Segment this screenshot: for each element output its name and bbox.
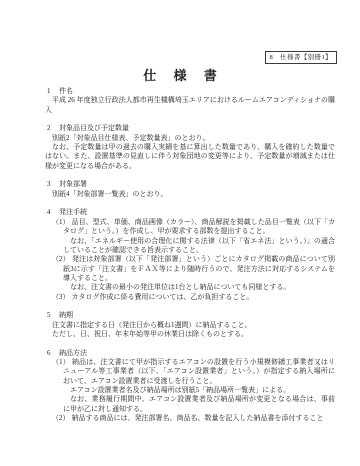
section-heading: 4発注手続 (45, 208, 335, 217)
item-text: カタログ作成に係る費用については、乙が負担すること。 (72, 293, 254, 301)
item-text: 納品する商品には、発注部署名、商品名、数量を記入した納品書を添付すること (72, 414, 324, 422)
paragraph: 別紙4「対象部署一覧表」のとおり。 (45, 190, 335, 199)
paragraph: なお、予定数量は甲の過去の購入実績を基に算出した数量であり、購入を確約した数量で… (45, 143, 335, 171)
section-title: 対象品目及び予定数量 (59, 124, 129, 132)
section-number: 2 (45, 124, 59, 133)
section-subject: 1件名 平成 26 年度独立行政法人都市再生機構埼玉エリアにおけるルームエアコン… (45, 87, 335, 115)
list-item: （2）発注は対象部署（以下「発注部署」という）ごとにカタログ掲載の商品について別… (45, 255, 335, 283)
item-note: なお、業務履行期間中、エアコン設置業者及び納品場所が変更となる場合は、事前に甲が… (45, 395, 335, 414)
paragraph: 平成 26 年度独立行政法人都市再生機構埼玉エリアにおけるルームエアコンディショ… (45, 96, 335, 115)
item-note: エアコン設置業者名及び納品場所は別紙5「納品場所一覧表」による。 (45, 386, 335, 395)
section-order-procedure: 4発注手続 （1）品目、型式、単価、商品画像（カラー）、商品解説を掲載した品目一… (45, 208, 335, 301)
item-text: 発注は対象部署（以下「発注部署」という）ごとにカタログ掲載の商品について別紙3に… (63, 255, 335, 282)
section-number: 6 (45, 349, 59, 358)
list-item: （1）品目、型式、単価、商品画像（カラー）、商品解説を掲載した品目一覧表（以下「… (45, 218, 335, 237)
paragraph: ただし、日、祝日、年末年始等甲の休業日は除くものとする。 (45, 330, 335, 339)
section-delivery-method: 6納品方法 （1）納品は、注文書にて甲が指示するエアコンの設置を行う小規模修繕工… (45, 349, 335, 424)
section-number: 1 (45, 87, 59, 96)
list-item: （1）納品は、注文書にて甲が指示するエアコンの設置を行う小規模修繕工事業者又はリ… (45, 358, 335, 386)
section-delivery-date: 5納期 注文書に指定する日（発注日から概ね1週間）に納品すること。 ただし、日、… (45, 311, 335, 339)
item-note: なお、「エネルギー使用の合理化に関する法律（以下「省エネ法」という。）」の適合し… (45, 237, 335, 256)
item-text: 品目、型式、単価、商品画像（カラー）、商品解説を掲載した品目一覧表（以下「カタロ… (63, 218, 335, 235)
item-marker: （1） (52, 358, 70, 366)
section-number: 5 (45, 311, 59, 320)
section-number: 3 (45, 180, 59, 189)
section-title: 対象部署 (59, 180, 87, 188)
section-departments: 3対象部署 別紙4「対象部署一覧表」のとおり。 (45, 180, 335, 199)
section-title: 件名 (59, 87, 73, 95)
section-heading: 1件名 (45, 87, 335, 96)
section-heading: 3対象部署 (45, 180, 335, 189)
document-page: 8 仕様書【別冊1】 仕 様 書 1件名 平成 26 年度独立行政法人都市再生機… (0, 0, 360, 466)
item-text: 納品は、注文書にて甲が指示するエアコンの設置を行う小規模修繕工事業者又はリニュー… (63, 358, 335, 385)
section-title: 納品方法 (59, 349, 87, 357)
section-heading: 5納期 (45, 311, 335, 320)
section-number: 4 (45, 208, 59, 217)
paragraph: 別紙2「対象品目仕様表、予定数量表」のとおり。 (45, 134, 335, 143)
item-note: なお、注文書の最小の発注単位は1台とし納品についても同様とする。 (45, 283, 335, 292)
paragraph: 注文書に指定する日（発注日から概ね1週間）に納品すること。 (45, 321, 335, 330)
section-title: 納期 (59, 311, 73, 319)
document-title: 仕 様 書 (0, 65, 360, 84)
item-marker: （2） (52, 414, 70, 422)
item-marker: （2） (52, 255, 70, 263)
document-body: 1件名 平成 26 年度独立行政法人都市再生機構埼玉エリアにおけるルームエアコン… (45, 87, 335, 423)
section-heading: 2対象品目及び予定数量 (45, 124, 335, 133)
item-marker: （1） (52, 218, 70, 226)
section-heading: 6納品方法 (45, 349, 335, 358)
section-title: 発注手続 (59, 208, 87, 216)
list-item: （2）納品する商品には、発注部署名、商品名、数量を記入した納品書を添付すること (45, 414, 335, 423)
document-ref-badge: 8 仕様書【別冊1】 (265, 51, 338, 64)
item-marker: （3） (52, 293, 70, 301)
section-items-quantity: 2対象品目及び予定数量 別紙2「対象品目仕様表、予定数量表」のとおり。 なお、予… (45, 124, 335, 171)
list-item: （3）カタログ作成に係る費用については、乙が負担すること。 (45, 293, 335, 302)
